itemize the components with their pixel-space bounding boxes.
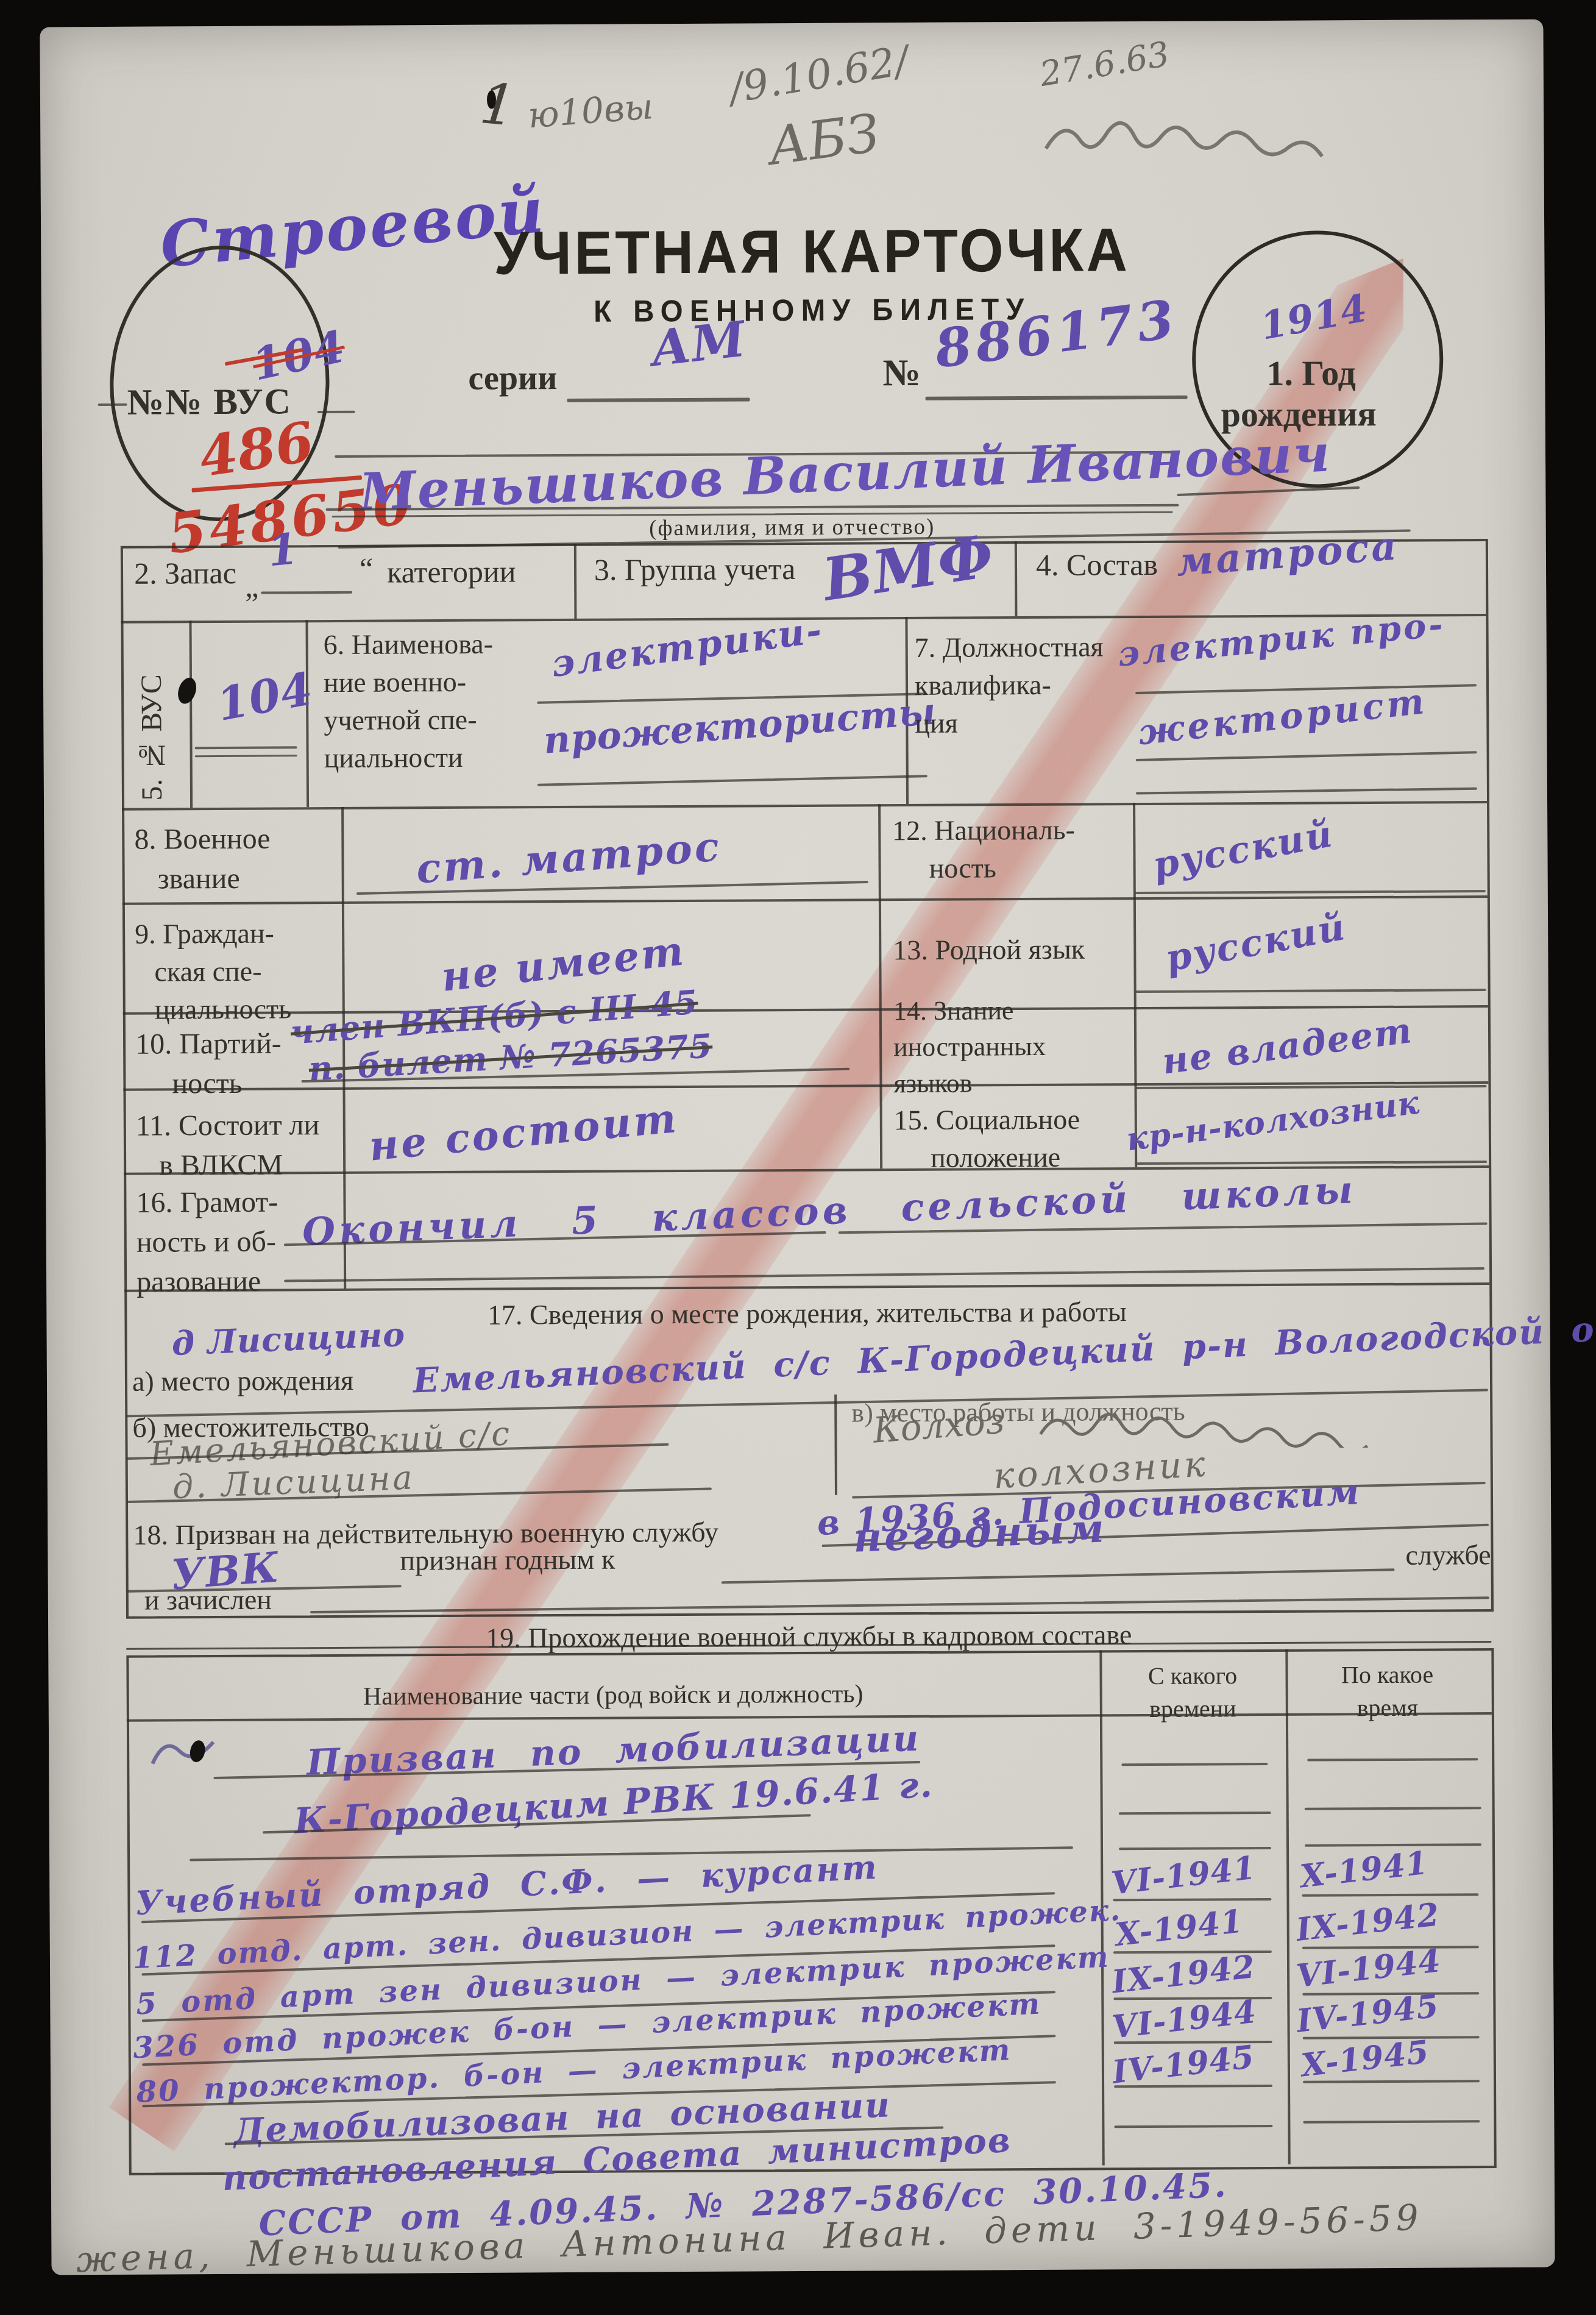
paper-hole (487, 91, 496, 109)
field-11-label-line: 11. Состоит ли (136, 1106, 320, 1146)
field-7-label-line: 7. Должностная (915, 628, 1104, 667)
field-7-label-line: квалифика- (915, 666, 1104, 705)
top-note-date2: 27.6.63 (1037, 34, 1172, 94)
ruled-line (317, 411, 355, 413)
field-12-label-line: 12. Националь- (892, 811, 1075, 850)
series-label: серии (468, 358, 557, 398)
registration-card: 1 ю10вы /9.10.62/ АБЗ 27.6.63 Строевой 1… (40, 20, 1555, 2275)
field-16-label-line: ность и об- (137, 1222, 278, 1262)
field-8-label-line: 8. Военное (134, 820, 271, 860)
service-col-to-line: По какое (1285, 1658, 1489, 1692)
field-6-label: 6. Наименова- ние военно- учетной спе- ц… (324, 625, 494, 778)
field-2-value: 1 (266, 523, 300, 576)
service-col-from: С какого времени (1099, 1659, 1286, 1726)
number-label: № (882, 352, 921, 395)
enrolled-label: и зачислен (144, 1584, 272, 1616)
series-value: АМ (648, 310, 748, 378)
field-2-label: 2. Запас (134, 555, 236, 591)
field-14-label: 14. Знание иностранных языков (893, 992, 1046, 1101)
field-9-label-line: 9. Граждан- (135, 914, 291, 953)
table-border (574, 544, 577, 619)
service-col-from-line: С какого (1099, 1659, 1285, 1693)
service-col-from-line: времени (1100, 1692, 1286, 1726)
service-col-to: По какое время (1285, 1658, 1489, 1725)
service-col-to-line: время (1286, 1691, 1489, 1725)
field-12-label: 12. Националь- ность (892, 811, 1075, 888)
field-14-label-line: языков (893, 1065, 1046, 1102)
field-9-label-line: ская спе- (135, 952, 291, 990)
field-11-label: 11. Состоит ли в ВЛКСМ (136, 1106, 320, 1186)
field-14-label-line: 14. Знание (893, 992, 1046, 1029)
field-4-label: 4. Состав (1036, 547, 1158, 583)
field-15-label: 15. Социальное положение (894, 1101, 1080, 1178)
field-7-label-line: ция (915, 704, 1104, 743)
field-14-label-line: иностранных (893, 1028, 1046, 1065)
table-border (1015, 541, 1018, 616)
field-15-label-line: положение (894, 1139, 1080, 1178)
ruled-line (261, 591, 352, 594)
field-2-quote-close: “ (360, 551, 374, 586)
service-label-clipped: службе (1405, 1538, 1491, 1571)
field-10-label-line: ность (135, 1064, 282, 1104)
field-5-label: 5. № ВУС (135, 636, 169, 800)
ruled-line (98, 404, 127, 406)
field-16-label-line: разование (137, 1262, 278, 1302)
number-line (926, 396, 1188, 400)
field-3-label: 3. Группа учета (594, 551, 796, 588)
field-16-label: 16. Грамот- ность и об- разование (136, 1182, 278, 1302)
fit-label: признан годным к (400, 1543, 615, 1577)
top-note-initials: АБЗ (765, 103, 883, 177)
field-15-label-line: 15. Социальное (894, 1101, 1080, 1140)
field-6-label-line: 6. Наименова- (324, 625, 494, 664)
top-note-ledger: ю10вы (527, 85, 654, 136)
birth-year-label-1: 1. Год (1266, 352, 1356, 394)
top-note-date1: /9.10.62/ (726, 37, 912, 112)
field-16-label-line: 16. Грамот- (136, 1182, 278, 1223)
field-13-label: 13. Родной язык (893, 933, 1085, 967)
field-2-label-2: категории (387, 553, 516, 589)
signature-scribble (1040, 98, 1327, 179)
series-line (567, 397, 750, 402)
field-9-label: 9. Граждан- ская спе- циальность (135, 914, 291, 1029)
birth-place-label: а) место рождения (132, 1364, 353, 1398)
field-10-label-line: 10. Партий- (135, 1024, 282, 1064)
field-7-label: 7. Должностная квалифика- ция (915, 628, 1104, 742)
field-9-label-line: циальность (135, 990, 292, 1029)
table-border (834, 1395, 837, 1495)
card-title: УЧЕТНАЯ КАРТОЧКА (458, 215, 1166, 289)
field-6-label-line: учетной спе- (324, 701, 494, 740)
field-11-label-line: в ВЛКСМ (136, 1145, 320, 1186)
work-place-scribble (1034, 1398, 1473, 1449)
field-6-label-line: циальности (324, 739, 494, 778)
field-10-label: 10. Партий- ность (135, 1024, 282, 1104)
field-6-label-line: ние военно- (324, 663, 494, 702)
field-8-label-line: звание (135, 859, 271, 899)
top-pencil-mark: 1 (477, 71, 519, 139)
field-2-quote-open: „ (245, 569, 259, 604)
field-12-label-line: ность (892, 849, 1075, 888)
field-8-label: 8. Военное звание (134, 820, 271, 900)
service-col-unit: Наименование части (род войск и должност… (127, 1678, 1100, 1712)
